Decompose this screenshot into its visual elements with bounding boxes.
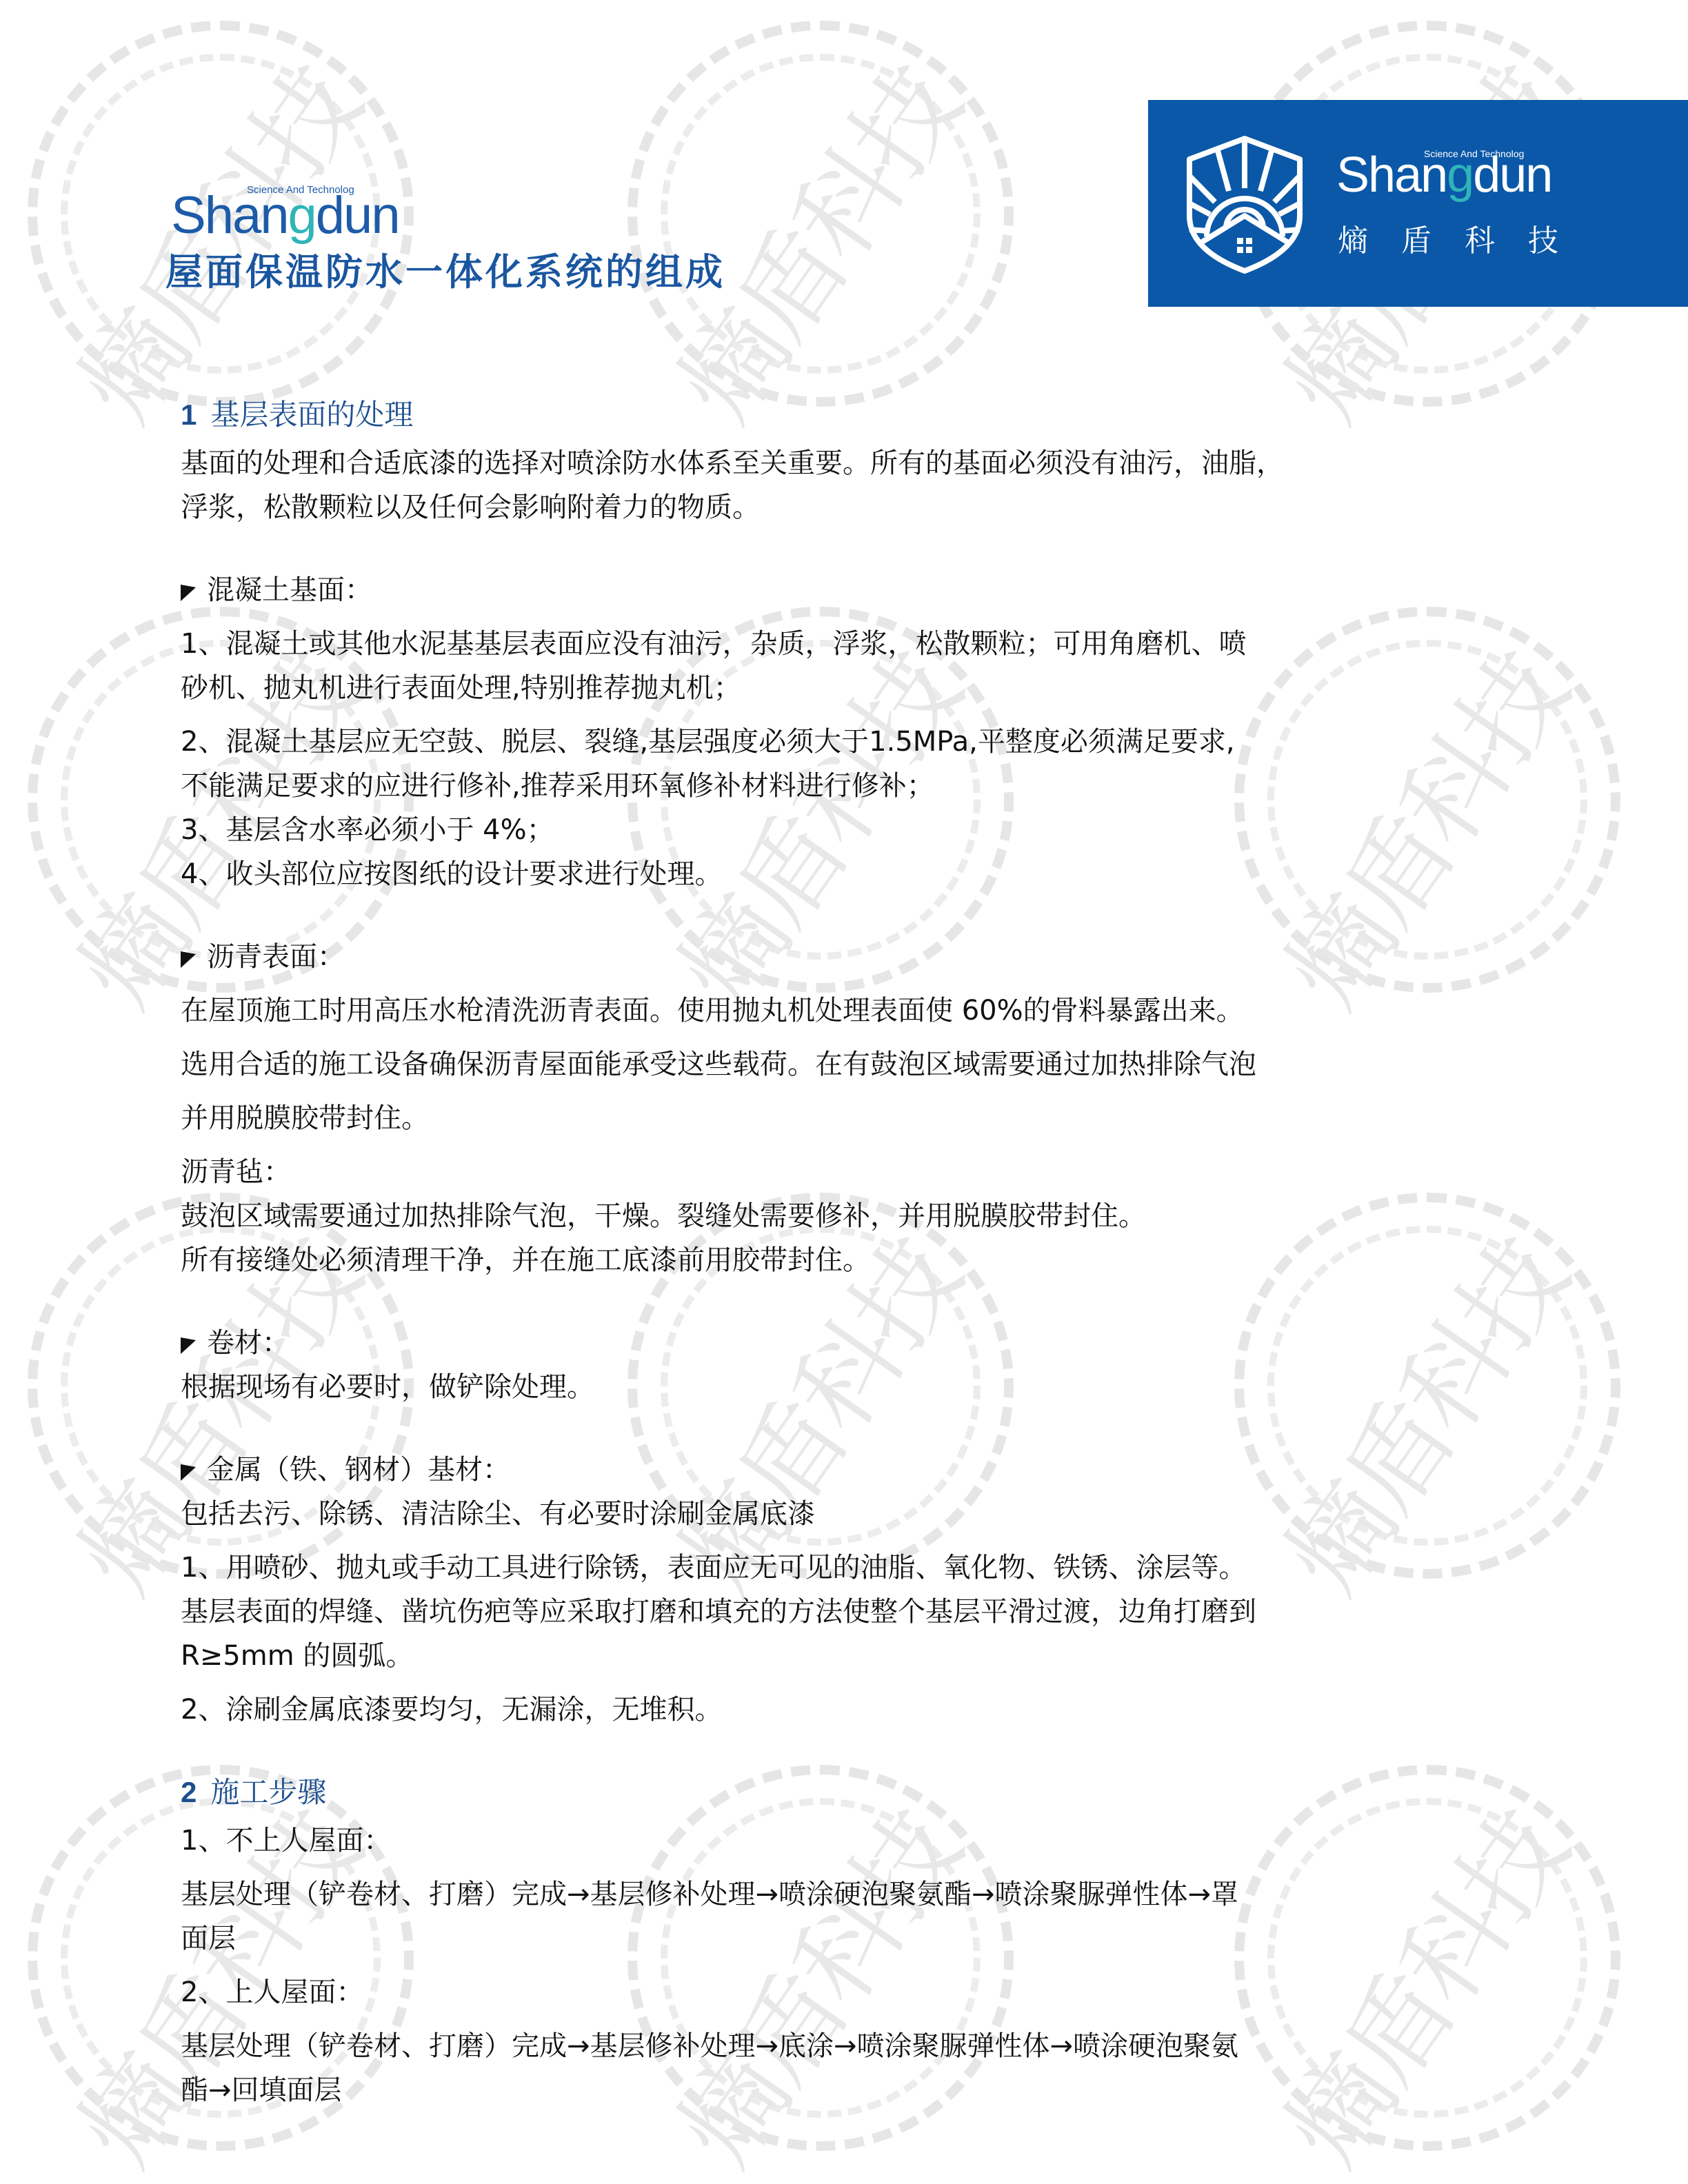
company-logo: Science And Technolog Shangdun — [171, 190, 399, 242]
paragraph-line: 并用脱膜胶带封住。 — [181, 1096, 1560, 1140]
section-title: 施工步骤 — [210, 1775, 326, 1809]
paragraph-line: 砂机、抛丸机进行表面处理,特别推荐抛丸机； — [181, 666, 1560, 710]
brand-word-post: dun — [1473, 148, 1551, 203]
section-heading-1: 1基层表面的处理 — [181, 393, 1560, 437]
bullet-arrow-icon — [181, 1459, 196, 1481]
logo-word-pre: Shan — [171, 186, 288, 245]
paragraph-line: 基层处理（铲卷材、打磨）完成→基层修补处理→底涂→喷涂聚脲弹性体→喷涂硬泡聚氨 — [181, 2024, 1560, 2068]
paragraph-line: 选用合适的施工设备确保沥青屋面能承受这些载荷。在有鼓泡区域需要通过加热排除气泡 — [181, 1042, 1560, 1086]
page: Science And Technolog Shangdun 屋面保温防水一体化… — [0, 0, 1688, 2184]
subsection-title: 卷材： — [207, 1321, 290, 1365]
section-number: 2 — [181, 1776, 197, 1808]
paragraph-line: R≥5mm 的圆弧。 — [181, 1634, 1560, 1678]
paragraph-line: 浮浆，松散颗粒以及任何会影响附着力的物质。 — [181, 485, 1560, 529]
paragraph-line: 4、收头部位应按图纸的设计要求进行处理。 — [181, 852, 1560, 896]
paragraph-line: 基层表面的焊缝、凿坑伤疤等应采取打磨和填充的方法使整个基层平滑过渡，边角打磨到 — [181, 1590, 1560, 1634]
brand-word-pre: Shan — [1336, 148, 1447, 203]
paragraph-line: 1、用喷砂、抛丸或手动工具进行除锈，表面应无可见的油脂、氧化物、铁锈、涂层等。 — [181, 1546, 1560, 1590]
paragraph-line: 所有接缝处必须清理干净，并在施工底漆前用胶带封住。 — [181, 1238, 1560, 1282]
shield-house-sun-icon — [1179, 133, 1310, 278]
paragraph-line: 在屋顶施工时用高压水枪清洗沥青表面。使用抛丸机处理表面使 60%的骨料暴露出来。 — [181, 989, 1560, 1033]
section-number: 1 — [181, 398, 197, 431]
subsection-title: 沥青表面： — [207, 935, 345, 979]
paragraph-line: 根据现场有必要时，做铲除处理。 — [181, 1365, 1560, 1409]
section-heading-2: 2施工步骤 — [181, 1770, 1560, 1814]
paragraph-line: 不能满足要求的应进行修补,推荐采用环氧修补材料进行修补； — [181, 764, 1560, 808]
subsection-title: 混凝土基面： — [207, 568, 372, 612]
paragraph-line: 基面的处理和合适底漆的选择对喷涂防水体系至关重要。所有的基面必须没有油污，油脂， — [181, 441, 1560, 485]
subsection-title: 金属（铁、钢材）基材： — [207, 1448, 510, 1492]
paragraph-line: 包括去污、除锈、清洁除尘、有必要时涂刷金属底漆 — [181, 1492, 1560, 1536]
paragraph-line: 鼓泡区域需要通过加热排除气泡，干燥。裂缝处需要修补，并用脱膜胶带封住。 — [181, 1194, 1560, 1238]
subsection-heading-membrane: 卷材： — [181, 1321, 1560, 1365]
subsection-label-felt: 沥青毡： — [181, 1150, 1560, 1194]
subsection-heading-asphalt: 沥青表面： — [181, 935, 1560, 979]
paragraph-line: 酯→回填面层 — [181, 2068, 1560, 2112]
page-title: 屋面保温防水一体化系统的组成 — [165, 243, 725, 296]
paragraph-line: 2、涂刷金属底漆要均匀，无漏涂，无堆积。 — [181, 1688, 1560, 1732]
paragraph-line: 1、混凝土或其他水泥基基层表面应没有油污，杂质，浮浆，松散颗粒；可用角磨机、喷 — [181, 622, 1560, 666]
bullet-arrow-icon — [181, 579, 196, 601]
paragraph-line: 3、基层含水率必须小于 4%； — [181, 808, 1560, 852]
brand-wordmark: Shangdun — [1336, 147, 1551, 203]
document-body: 1基层表面的处理 基面的处理和合适底漆的选择对喷涂防水体系至关重要。所有的基面必… — [181, 393, 1560, 2112]
subsection-heading-concrete: 混凝土基面： — [181, 568, 1560, 612]
logo-word-g: g — [288, 186, 316, 245]
bullet-arrow-icon — [181, 946, 196, 968]
subsection-heading-metal: 金属（铁、钢材）基材： — [181, 1448, 1560, 1492]
paragraph-line: 面层 — [181, 1917, 1560, 1961]
paragraph-line: 2、混凝土基层应无空鼓、脱层、裂缝,基层强度必须大于1.5MPa,平整度必须满足… — [181, 720, 1560, 764]
paragraph-line: 基层处理（铲卷材、打磨）完成→基层修补处理→喷涂硬泡聚氨酯→喷涂聚脲弹性体→罩 — [181, 1872, 1560, 1917]
step-label: 1、不上人屋面： — [181, 1819, 1560, 1863]
step-label: 2、上人屋面： — [181, 1970, 1560, 2014]
logo-word-post: dun — [316, 186, 399, 245]
section-title: 基层表面的处理 — [210, 398, 413, 432]
bullet-arrow-icon — [181, 1332, 196, 1354]
brand-chinese-name: 熵盾科技 — [1338, 216, 1591, 260]
logo-wordmark: Shangdun — [171, 190, 399, 242]
brand-word-g: g — [1447, 148, 1473, 203]
brand-panel: Science And Technolog Shangdun 熵盾科技 — [1148, 100, 1688, 307]
